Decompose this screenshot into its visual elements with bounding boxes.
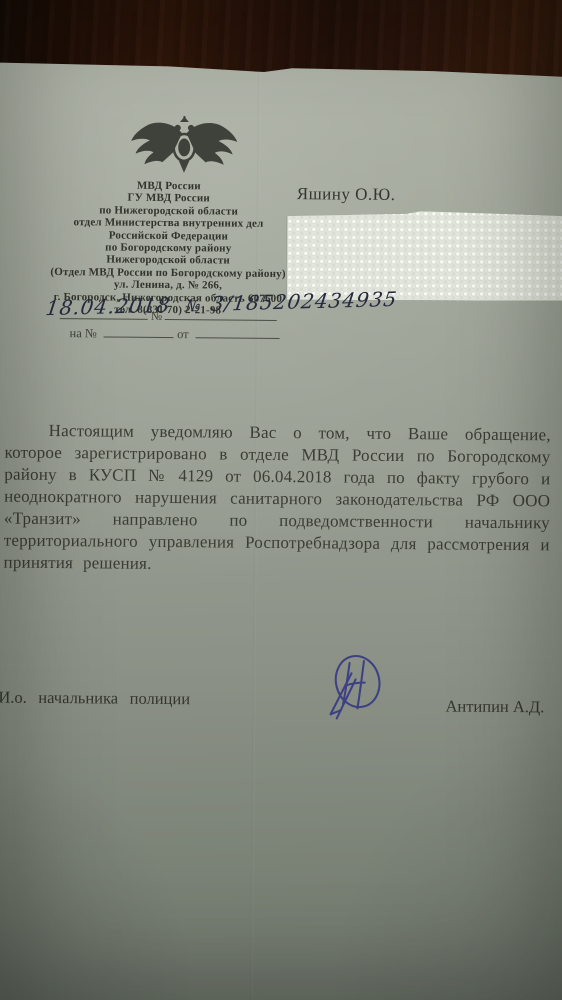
- letterhead: МВД России ГУ МВД России по Нижегородско…: [10, 114, 328, 318]
- letter-content: МВД России ГУ МВД России по Нижегородско…: [0, 54, 562, 1000]
- blank-line: [104, 325, 174, 338]
- reference-prefix: на №: [70, 326, 97, 340]
- reference-from: от: [177, 327, 189, 341]
- reference-line: на № от: [70, 325, 280, 343]
- handwritten-number-sign: №: [184, 296, 203, 315]
- addressee-name: Яшину О.Ю.: [297, 184, 396, 205]
- letter-paper: МВД России ГУ МВД России по Нижегородско…: [0, 56, 562, 1000]
- blank-line: [196, 326, 280, 339]
- signer-name: Антипин А.Д.: [445, 696, 544, 717]
- mvd-double-headed-eagle-emblem-icon: [128, 115, 241, 176]
- handwritten-signature: [318, 650, 391, 723]
- handwritten-date: 18.04.2018: [44, 293, 172, 320]
- photo-of-document: МВД России ГУ МВД России по Нижегородско…: [0, 0, 562, 1000]
- body-paragraph: Настоящим уведомляю Вас о том, что Ваше …: [3, 420, 550, 579]
- signer-position-title: И.о. начальника полиции: [0, 688, 190, 710]
- handwritten-number: 3/185202434935: [210, 287, 399, 316]
- correction-tape-strip: [286, 211, 562, 301]
